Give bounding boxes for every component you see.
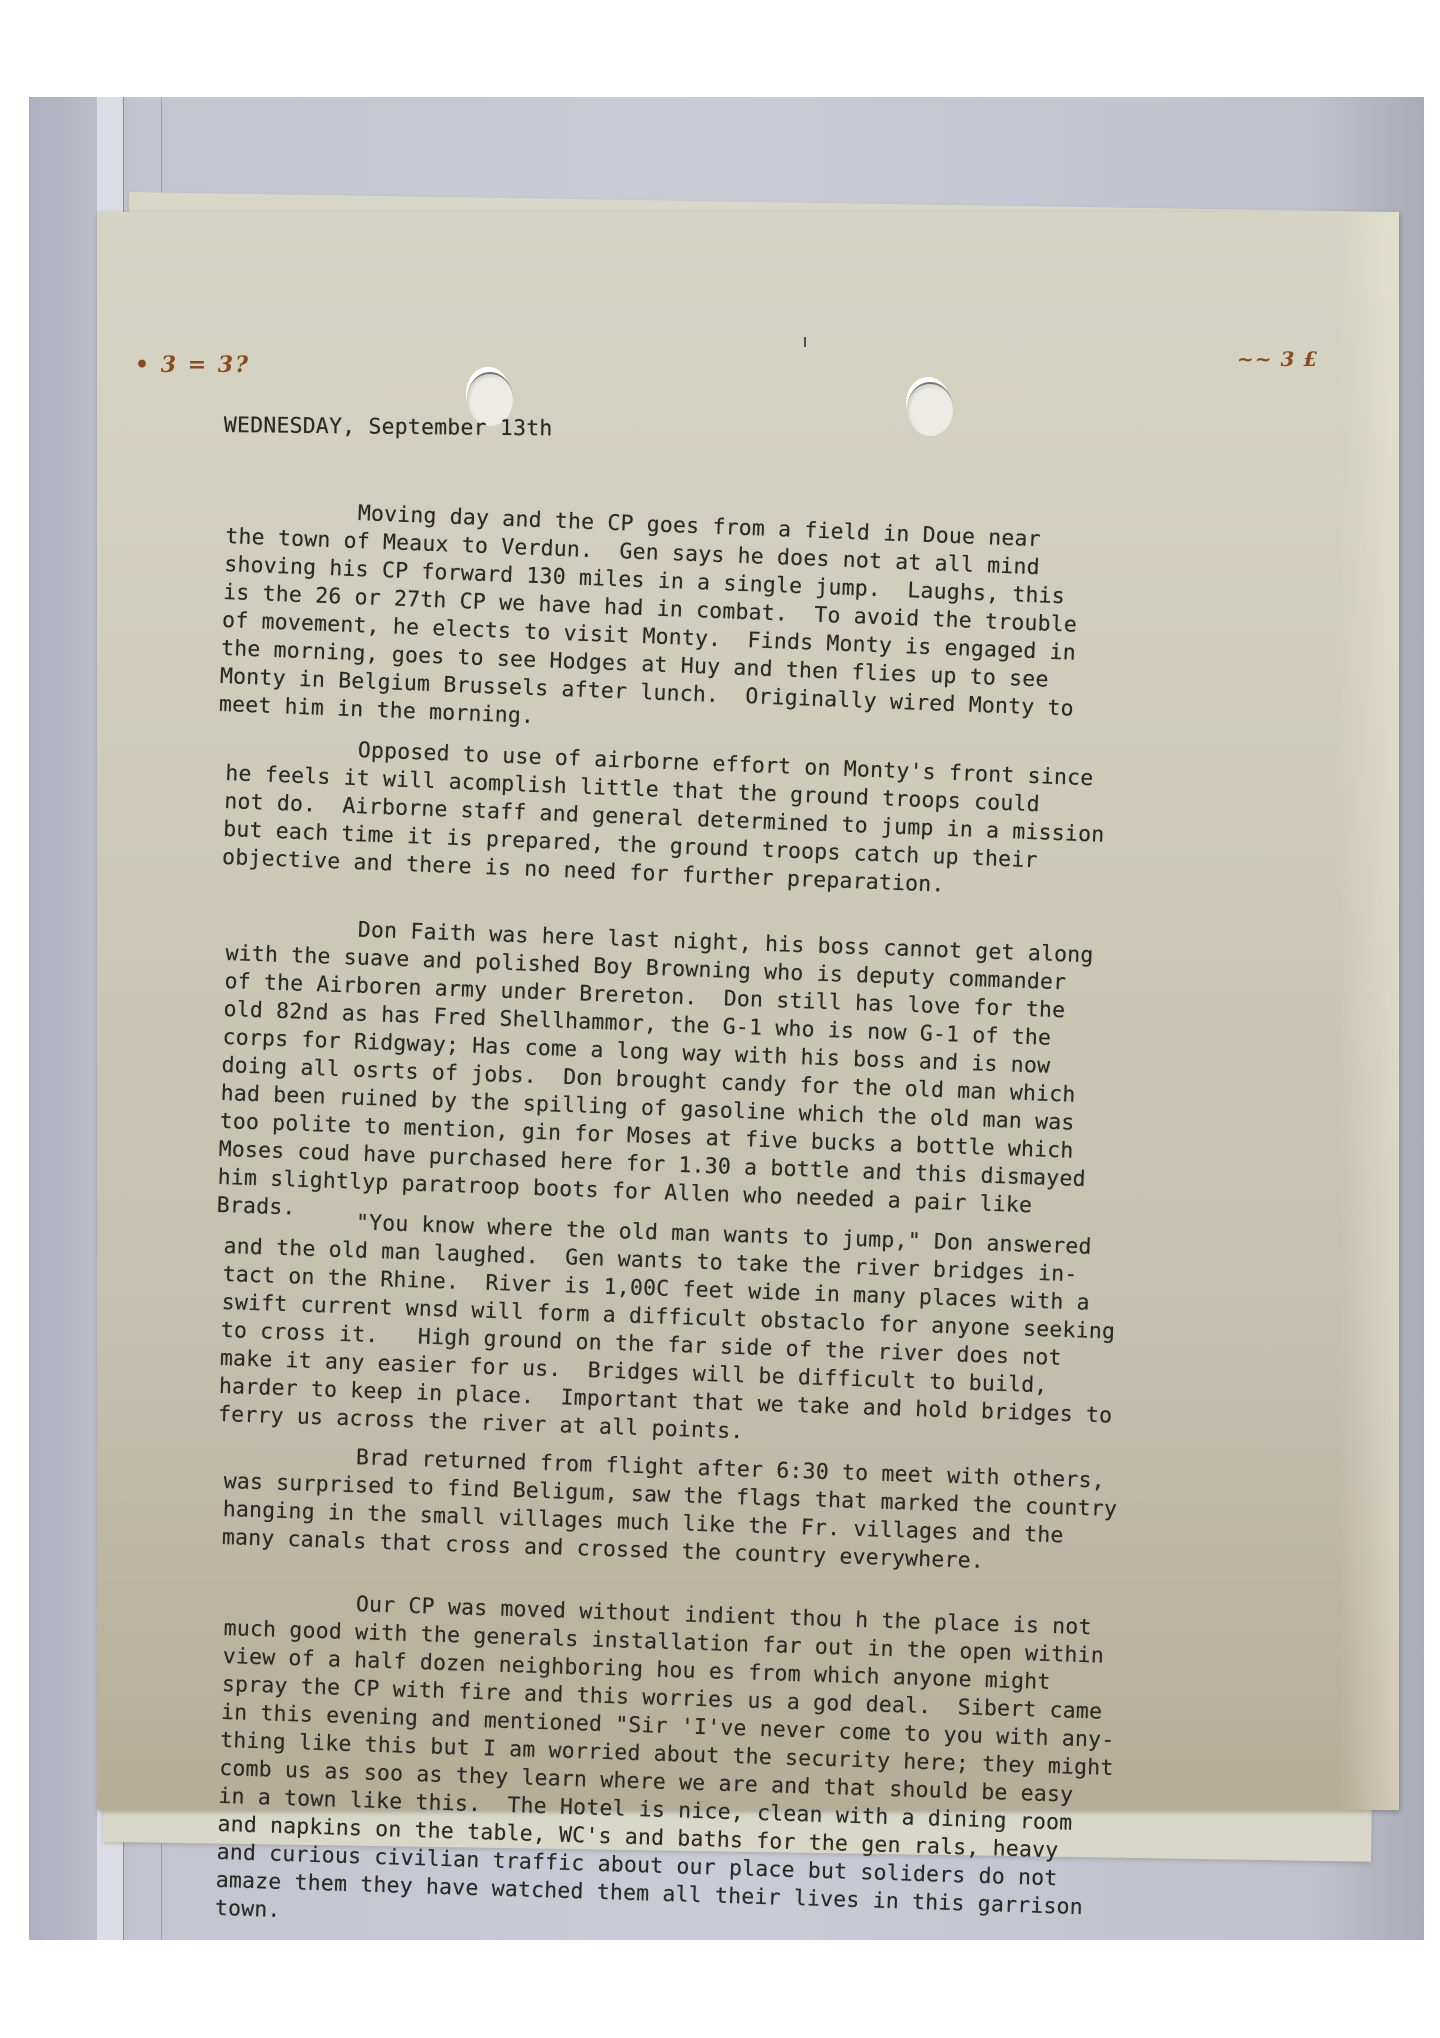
paragraph-airborne-effort: Opposed to use of airborne effort on Mon…	[222, 732, 1107, 906]
paragraph-don-faith: Don Faith was here last night, his boss …	[216, 912, 1094, 1250]
document-photo: • 3 = 3? ~~ 3 £ WEDNESDAY, September 13t…	[29, 97, 1424, 1940]
page-heading-date: WEDNESDAY, September 13th	[224, 412, 553, 443]
paragraph-cp-security: Our CP was moved without indient thou h …	[214, 1587, 1118, 1940]
paragraph-moving-day: Moving day and the CP goes from a field …	[218, 495, 1080, 752]
page-fold-highlight	[1339, 212, 1399, 1810]
handwritten-mark-top-right: ~~ 3 £	[1237, 347, 1318, 371]
typewritten-page: • 3 = 3? ~~ 3 £ WEDNESDAY, September 13t…	[97, 212, 1399, 1810]
paragraph-rhine-bridges: "You know where the old man wants to jum…	[218, 1205, 1119, 1459]
punch-hole-icon	[907, 382, 953, 436]
handwritten-mark-top-left: • 3 = 3?	[135, 352, 250, 378]
paragraph-brad-returned: Brad returned from flight after 6:30 to …	[221, 1440, 1118, 1580]
center-tick-mark	[804, 337, 806, 347]
